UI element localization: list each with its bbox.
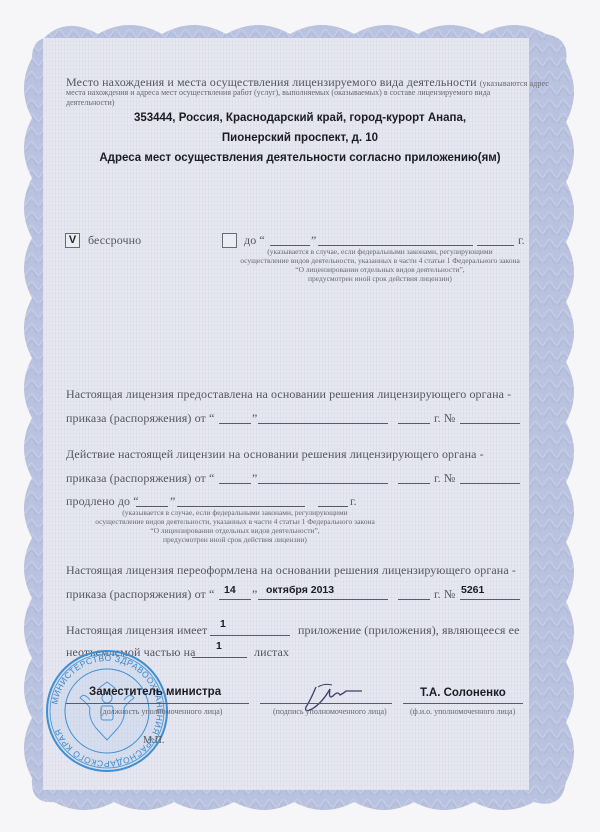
- signatory-position: Заместитель министра: [89, 686, 221, 698]
- appendix-line-1-suffix: приложение (приложения), являющееся ее: [298, 623, 520, 638]
- reissued-line-1: Настоящая лицензия переоформлена на осно…: [66, 563, 516, 578]
- appendix-sheets-field[interactable]: [192, 657, 247, 658]
- extended-until-year-field[interactable]: [318, 506, 348, 507]
- seal-mark: М.П.: [143, 735, 165, 746]
- extended-line-2-prefix: приказа (распоряжения) от “: [66, 471, 214, 486]
- unlimited-checkbox[interactable]: V: [65, 233, 80, 248]
- term-note-line: “О лицензировании отдельных видов деятел…: [230, 265, 530, 274]
- extended-until-close-quote: ”: [170, 494, 175, 509]
- extended-close-quote: ”: [252, 471, 257, 486]
- term-note-line: (указывается в случае, если федеральными…: [230, 247, 530, 256]
- extended-until-prefix: продлено до “: [66, 494, 139, 509]
- granted-number-field[interactable]: [460, 423, 520, 424]
- signatory-name: Т.А. Солоненко: [420, 687, 506, 699]
- open-quote: “: [259, 233, 264, 247]
- extended-note-line: предусмотрен иной срок действия лицензии…: [90, 535, 380, 544]
- until-year-suffix: г.: [518, 233, 525, 248]
- extended-note-line: (указывается в случае, если федеральными…: [90, 508, 380, 517]
- position-caption: (должность уполномоченного лица): [100, 707, 222, 716]
- reissued-month-year-value: октября 2013: [266, 584, 334, 596]
- extended-note: (указывается в случае, если федеральными…: [90, 508, 380, 544]
- checkbox-mark: V: [69, 234, 76, 246]
- location-note-inline: (указываются адрес: [480, 79, 549, 88]
- extended-until-month-field[interactable]: [177, 506, 305, 507]
- address-line-2: Пионерский проспект, д. 10: [0, 132, 600, 144]
- extended-line-1: Действие настоящей лицензии на основании…: [66, 447, 484, 462]
- extended-number-label: г. №: [434, 471, 455, 486]
- position-line: [66, 703, 249, 704]
- address-line-3: Адреса мест осуществления деятельности с…: [0, 152, 600, 164]
- location-note-line3: деятельности): [66, 98, 114, 107]
- term-note: (указывается в случае, если федеральными…: [230, 247, 530, 283]
- signature-caption: (подпись уполномоченного лица): [273, 707, 387, 716]
- until-day-field[interactable]: [270, 245, 310, 246]
- close-quote: ”: [311, 233, 316, 248]
- name-line: [403, 703, 523, 704]
- reissued-month-year-field[interactable]: [258, 599, 388, 600]
- granted-day-field[interactable]: [219, 423, 251, 424]
- appendix-sheets-value: 1: [216, 640, 222, 652]
- until-checkbox[interactable]: [222, 233, 237, 248]
- extended-until-suffix: г.: [350, 494, 357, 509]
- reissued-line-2-prefix: приказа (распоряжения) от “: [66, 587, 214, 602]
- granted-month-year-field[interactable]: [258, 423, 388, 424]
- extended-month-year-field[interactable]: [258, 483, 388, 484]
- extended-until-day-field[interactable]: [136, 506, 168, 507]
- reissued-number-field[interactable]: [460, 599, 520, 600]
- reissued-day-value: 14: [224, 584, 236, 596]
- extended-until-text: продлено до: [66, 494, 130, 508]
- appendix-line-1-prefix: Настоящая лицензия имеет: [66, 623, 207, 638]
- extended-number-field[interactable]: [460, 483, 520, 484]
- reissued-day-field[interactable]: [219, 599, 251, 600]
- name-caption: (ф.и.о. уполномоченного лица): [410, 707, 515, 716]
- appendix-line-2-suffix: листах: [254, 645, 289, 660]
- term-note-line: предусмотрен иной срок действия лицензии…: [230, 274, 530, 283]
- granted-line-1: Настоящая лицензия предоставлена на осно…: [66, 387, 511, 402]
- until-month-field[interactable]: [318, 245, 473, 246]
- extended-year-field[interactable]: [398, 483, 430, 484]
- granted-prefix: приказа (распоряжения) от: [66, 411, 206, 425]
- reissued-year-field[interactable]: [398, 599, 430, 600]
- granted-close-quote: ”: [252, 411, 257, 426]
- term-note-line: осуществление видов деятельности, указан…: [230, 256, 530, 265]
- reissued-number-value: 5261: [461, 584, 484, 596]
- granted-year-field[interactable]: [398, 423, 430, 424]
- extended-note-line: “О лицензировании отдельных видов деятел…: [90, 526, 380, 535]
- granted-line-2-prefix: приказа (распоряжения) от “: [66, 411, 214, 426]
- reissued-number-label: г. №: [434, 587, 455, 602]
- extended-note-line: осуществление видов деятельности, указан…: [90, 517, 380, 526]
- until-label: до “: [244, 233, 265, 248]
- extended-day-field[interactable]: [219, 483, 251, 484]
- until-year-field[interactable]: [477, 245, 514, 246]
- reissued-close-quote: ”: [252, 587, 257, 602]
- location-heading-text: Место нахождения и места осуществления л…: [66, 75, 477, 89]
- address-line-1: 353444, Россия, Краснодарский край, горо…: [0, 112, 600, 124]
- signature-line: [260, 703, 392, 704]
- granted-number-label: г. №: [434, 411, 455, 426]
- until-label-text: до: [244, 233, 256, 247]
- extended-prefix: приказа (распоряжения) от: [66, 471, 206, 485]
- unlimited-label: бессрочно: [88, 233, 141, 248]
- reissued-prefix: приказа (распоряжения) от: [66, 587, 206, 601]
- location-note-line2: места нахождения и адреса мест осуществл…: [66, 88, 490, 97]
- appendix-count-field[interactable]: [210, 635, 290, 636]
- appendix-count-value: 1: [220, 618, 226, 630]
